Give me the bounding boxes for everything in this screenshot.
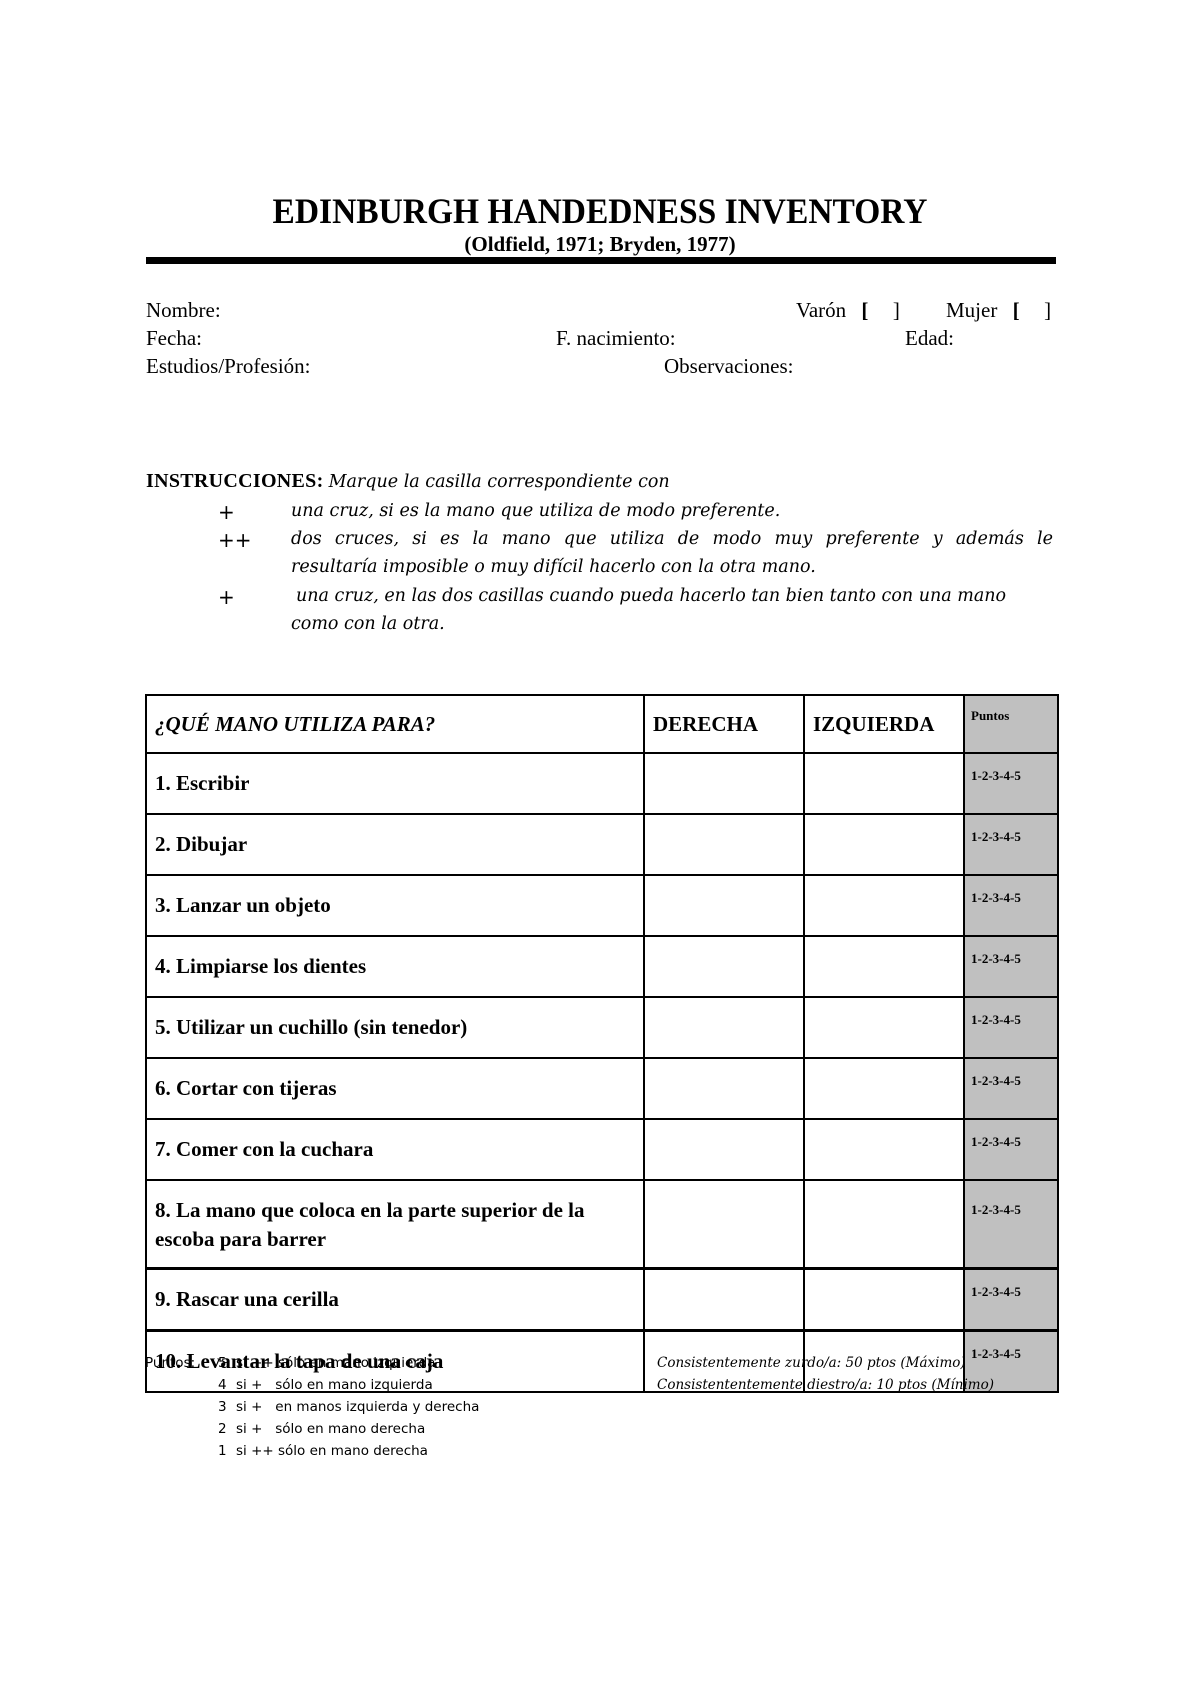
- puntos-cell[interactable]: 1-2-3-4-5: [964, 997, 1058, 1058]
- varon-checkbox[interactable]: Varón [ ]: [796, 298, 900, 323]
- scoring-rule: 1si ++ sólo en mano derecha: [218, 1443, 428, 1459]
- scoring-rule: 2si + sólo en mano derecha: [218, 1421, 425, 1437]
- scoring-label: Puntos:: [145, 1355, 195, 1371]
- izquierda-cell[interactable]: [804, 875, 964, 936]
- table-row: 9. Rascar una cerilla 1-2-3-4-5: [146, 1269, 1058, 1331]
- table-row: 7. Comer con la cuchara 1-2-3-4-5: [146, 1119, 1058, 1180]
- task-label: 9. Rascar una cerilla: [146, 1269, 644, 1331]
- instructions-intro: Marque la casilla correspondiente con: [329, 472, 670, 492]
- scoring-points: 3: [218, 1399, 236, 1415]
- table-row: 3. Lanzar un objeto 1-2-3-4-5: [146, 875, 1058, 936]
- izquierda-cell[interactable]: [804, 1180, 964, 1269]
- derecha-cell[interactable]: [644, 1269, 804, 1331]
- instruction-text: resultaría imposible o muy difícil hacer…: [291, 557, 816, 577]
- instruction-text: dos cruces, si es la mano que utiliza de…: [291, 529, 1053, 549]
- handedness-table: ¿QUÉ MANO UTILIZA PARA? DERECHA IZQUIERD…: [145, 694, 1059, 1393]
- document-title: EDINBURGH HANDEDNESS INVENTORY: [42, 190, 1158, 232]
- scoring-text: si + sólo en mano izquierda: [236, 1377, 433, 1393]
- izquierda-cell[interactable]: [804, 997, 964, 1058]
- bracket-open: [: [1013, 298, 1020, 322]
- scoring-points: 1: [218, 1443, 236, 1459]
- instruction-text: como con la otra.: [291, 614, 445, 634]
- izquierda-cell[interactable]: [804, 1119, 964, 1180]
- estudios-label: Estudios/Profesión:: [146, 354, 311, 379]
- observaciones-label: Observaciones:: [664, 354, 793, 379]
- mujer-checkbox[interactable]: Mujer [ ]: [946, 298, 1051, 323]
- derecha-cell[interactable]: [644, 1180, 804, 1269]
- table-row: 8. La mano que coloca en la parte superi…: [146, 1180, 1058, 1269]
- puntos-cell[interactable]: 1-2-3-4-5: [964, 1058, 1058, 1119]
- bracket-close: ]: [1044, 298, 1051, 322]
- table-row: 1. Escribir 1-2-3-4-5: [146, 753, 1058, 814]
- instruction-text: una cruz, si es la mano que utiliza de m…: [291, 501, 780, 521]
- scoring-points: 5: [218, 1355, 236, 1371]
- scoring-min: Consistententemente diestro/a: 10 ptos (…: [657, 1377, 994, 1393]
- table-row: 6. Cortar con tijeras 1-2-3-4-5: [146, 1058, 1058, 1119]
- izquierda-cell[interactable]: [804, 1058, 964, 1119]
- puntos-cell[interactable]: 1-2-3-4-5: [964, 875, 1058, 936]
- varon-label: Varón: [796, 298, 846, 322]
- nacimiento-label: F. nacimiento:: [556, 326, 676, 351]
- scoring-rule: 4si + sólo en mano izquierda: [218, 1377, 433, 1393]
- bracket-close: ]: [893, 298, 900, 322]
- derecha-cell[interactable]: [644, 936, 804, 997]
- puntos-cell[interactable]: 1-2-3-4-5: [964, 1119, 1058, 1180]
- scoring-rule: 5si ++ sólo en mano izquierda: [218, 1355, 435, 1371]
- izquierda-cell[interactable]: [804, 753, 964, 814]
- izquierda-cell[interactable]: [804, 936, 964, 997]
- document-subtitle: (Oldfield, 1971; Bryden, 1977): [0, 232, 1200, 257]
- header-puntos: Puntos: [964, 695, 1058, 753]
- puntos-cell[interactable]: 1-2-3-4-5: [964, 753, 1058, 814]
- table-row: 4. Limpiarse los dientes 1-2-3-4-5: [146, 936, 1058, 997]
- edad-label: Edad:: [905, 326, 954, 351]
- derecha-cell[interactable]: [644, 875, 804, 936]
- task-label: 8. La mano que coloca en la parte superi…: [146, 1180, 644, 1269]
- puntos-cell[interactable]: 1-2-3-4-5: [964, 814, 1058, 875]
- puntos-cell[interactable]: 1-2-3-4-5: [964, 1269, 1058, 1331]
- derecha-cell[interactable]: [644, 1058, 804, 1119]
- task-label: 6. Cortar con tijeras: [146, 1058, 644, 1119]
- scoring-text: si + en manos izquierda y derecha: [236, 1399, 479, 1415]
- derecha-cell[interactable]: [644, 997, 804, 1058]
- scoring-text: si + sólo en mano derecha: [236, 1421, 425, 1437]
- table-header-row: ¿QUÉ MANO UTILIZA PARA? DERECHA IZQUIERD…: [146, 695, 1058, 753]
- task-label: 4. Limpiarse los dientes: [146, 936, 644, 997]
- title-rule: [146, 257, 1056, 264]
- task-label: 3. Lanzar un objeto: [146, 875, 644, 936]
- instruction-symbol: +: [218, 585, 235, 609]
- task-label: 7. Comer con la cuchara: [146, 1119, 644, 1180]
- bracket-open: [: [861, 298, 868, 322]
- header-izquierda: IZQUIERDA: [804, 695, 964, 753]
- nombre-label: Nombre:: [146, 298, 221, 323]
- instruction-symbol: +: [218, 500, 235, 524]
- instruction-text: una cruz, en las dos casillas cuando pue…: [296, 586, 1006, 606]
- header-derecha: DERECHA: [644, 695, 804, 753]
- derecha-cell[interactable]: [644, 814, 804, 875]
- scoring-rule: 3si + en manos izquierda y derecha: [218, 1399, 479, 1415]
- puntos-cell[interactable]: 1-2-3-4-5: [964, 1180, 1058, 1269]
- izquierda-cell[interactable]: [804, 1269, 964, 1331]
- task-label: 5. Utilizar un cuchillo (sin tenedor): [146, 997, 644, 1058]
- table-row: 2. Dibujar 1-2-3-4-5: [146, 814, 1058, 875]
- scoring-points: 2: [218, 1421, 236, 1437]
- task-label: 1. Escribir: [146, 753, 644, 814]
- scoring-text: si ++ sólo en mano derecha: [236, 1443, 428, 1459]
- derecha-cell[interactable]: [644, 753, 804, 814]
- instruction-symbol: ++: [218, 528, 252, 552]
- scoring-text: si ++ sólo en mano izquierda: [236, 1355, 435, 1371]
- header-question: ¿QUÉ MANO UTILIZA PARA?: [146, 695, 644, 753]
- instructions-label: INSTRUCCIONES:: [146, 470, 324, 492]
- scoring-points: 4: [218, 1377, 236, 1393]
- puntos-cell[interactable]: 1-2-3-4-5: [964, 936, 1058, 997]
- table-row: 5. Utilizar un cuchillo (sin tenedor) 1-…: [146, 997, 1058, 1058]
- scoring-max: Consistentemente zurdo/a: 50 ptos (Máxim…: [657, 1355, 966, 1371]
- fecha-label: Fecha:: [146, 326, 202, 351]
- izquierda-cell[interactable]: [804, 814, 964, 875]
- instructions-heading: INSTRUCCIONES: Marque la casilla corresp…: [146, 470, 670, 493]
- mujer-label: Mujer: [946, 298, 997, 322]
- task-label: 2. Dibujar: [146, 814, 644, 875]
- derecha-cell[interactable]: [644, 1119, 804, 1180]
